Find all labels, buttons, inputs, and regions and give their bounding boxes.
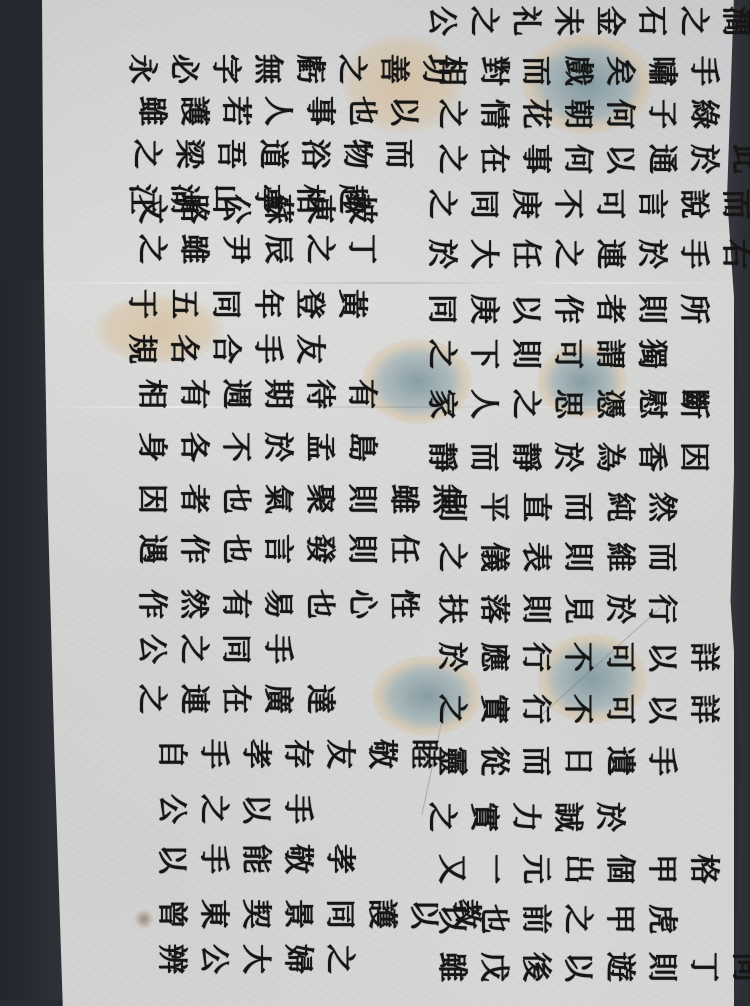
calligraphy-character: 可 [552, 339, 582, 381]
calligraphy-character: 情 [478, 99, 508, 141]
calligraphy-character: 詳 [688, 694, 718, 736]
calligraphy-character: 辨 [156, 944, 186, 986]
calligraphy-character: 事 [304, 96, 334, 138]
calligraphy-row: 之實力誠於 [420, 808, 630, 838]
calligraphy-character: 尹 [220, 234, 250, 276]
calligraphy-character: 手 [198, 844, 228, 886]
calligraphy-character: 個 [604, 854, 634, 896]
calligraphy-glyphs: 公之以手 [150, 800, 318, 830]
calligraphy-character: 若 [220, 96, 250, 138]
calligraphy-character: 之 [324, 944, 354, 986]
calligraphy-row: 以手能敬孝 [150, 850, 360, 880]
calligraphy-character: 大 [468, 239, 498, 281]
calligraphy-character: 規 [126, 334, 156, 376]
calligraphy-character: 發 [304, 534, 334, 576]
calligraphy-character: 香 [636, 442, 666, 484]
calligraphy-character: 雖 [436, 952, 466, 994]
calligraphy-character: 聚 [304, 484, 334, 526]
calligraphy-character: 獨 [636, 339, 666, 381]
calligraphy-character: 之 [562, 904, 592, 946]
calligraphy-glyphs: 又一元出個甲格 [430, 860, 724, 890]
calligraphy-character: 以 [240, 794, 270, 836]
calligraphy-character: 則 [636, 294, 666, 336]
calligraphy-character: 孟 [304, 432, 334, 474]
calligraphy-character: 遺 [604, 746, 634, 788]
calligraphy-row: 扶落則見於行 [430, 600, 682, 630]
calligraphy-character: 而 [468, 442, 498, 484]
calligraphy-row: 之同庚不可言說而 [420, 195, 750, 225]
calligraphy-character: 直 [520, 492, 550, 534]
calligraphy-row: 之下則可謂獨 [420, 345, 672, 375]
calligraphy-character: 能 [240, 844, 270, 886]
calligraphy-glyphs: 相有週期待有 [130, 385, 382, 415]
calligraphy-character: 五 [168, 289, 198, 331]
calligraphy-character: 作 [136, 589, 166, 631]
calligraphy-row: 作然有易也心性 [130, 595, 424, 625]
calligraphy-character: 手 [262, 634, 292, 676]
calligraphy-character: 見 [562, 594, 592, 636]
calligraphy-row: 之在事何以通於此於 [430, 150, 750, 180]
calligraphy-character: 以 [604, 144, 634, 186]
calligraphy-row: 家人之思憑慰斷 [420, 395, 714, 425]
calligraphy-row: 公之礼未金石之澗 [420, 12, 750, 42]
calligraphy-glyphs: 公之礼未金石之澗 [420, 12, 750, 42]
calligraphy-character: 實 [468, 802, 498, 844]
calligraphy-character: 之 [468, 6, 498, 48]
calligraphy-glyphs: 之實力誠於 [420, 808, 630, 838]
calligraphy-character: 有 [220, 589, 250, 631]
calligraphy-character: 連 [178, 684, 208, 726]
calligraphy-character: 東 [198, 899, 228, 941]
calligraphy-character: 戲 [562, 56, 592, 98]
calligraphy-character: 又 [436, 854, 466, 896]
calligraphy-character: 於 [552, 442, 582, 484]
calligraphy-character: 一 [478, 854, 508, 896]
calligraphy-character: 綠 [688, 99, 718, 141]
fold-line [42, 282, 734, 284]
calligraphy-character: 名 [168, 334, 198, 376]
calligraphy-character: 則 [562, 542, 592, 584]
calligraphy-character: 無 [252, 54, 282, 96]
calligraphy-character: 而 [720, 189, 750, 231]
calligraphy-character: 於 [604, 594, 634, 636]
calligraphy-character: 存 [282, 739, 312, 781]
calligraphy-character: 未 [552, 6, 582, 48]
calligraphy-character: 人 [262, 96, 292, 138]
calligraphy-character: 虧 [294, 54, 324, 96]
calligraphy-character: 對 [478, 56, 508, 98]
calligraphy-character: 吾 [215, 139, 245, 181]
calligraphy-character: 人 [468, 389, 498, 431]
calligraphy-character: 字 [210, 54, 240, 96]
calligraphy-character: 不 [562, 642, 592, 684]
calligraphy-row: 於大任之連於手右 [420, 245, 750, 275]
calligraphy-glyphs: 永必字無虧之善功 [120, 60, 456, 90]
calligraphy-glyphs: 之下則可謂獨 [420, 345, 672, 375]
calligraphy-character: 敬 [366, 739, 396, 781]
calligraphy-glyphs: 雖戊後以遊則丁同 [430, 958, 750, 988]
calligraphy-character: 心 [346, 589, 376, 631]
calligraphy-character: 而 [520, 56, 550, 98]
calligraphy-row: 公之同手 [130, 640, 298, 670]
calligraphy-glyphs: 於大任之連於手右 [420, 245, 750, 275]
calligraphy-character: 待 [304, 379, 334, 421]
calligraphy-character: 手 [646, 746, 676, 788]
calligraphy-character: 可 [594, 189, 624, 231]
calligraphy-character: 言 [262, 534, 292, 576]
calligraphy-character: 可 [604, 694, 634, 736]
calligraphy-character: 不 [562, 694, 592, 736]
calligraphy-character: 手 [252, 334, 282, 376]
calligraphy-glyphs: 靜而靜於為香因 [420, 448, 714, 478]
calligraphy-glyphs: 之連在廣達 [130, 690, 340, 720]
calligraphy-glyphs: 因者也氣聚則雖無 [130, 490, 466, 520]
calligraphy-character: 斷 [678, 389, 708, 431]
calligraphy-character: 登 [294, 289, 324, 331]
calligraphy-character: 易 [262, 589, 292, 631]
calligraphy-row: 同庚以作者則所 [420, 300, 714, 330]
calligraphy-row: 之雖尹辰之丁 [130, 240, 382, 270]
calligraphy-character: 同 [220, 634, 250, 676]
calligraphy-character: 于 [126, 289, 156, 331]
calligraphy-character: 事 [520, 144, 550, 186]
calligraphy-character: 之 [136, 684, 166, 726]
calligraphy-character: 不 [220, 432, 250, 474]
calligraphy-row: 靜而靜於為香因 [420, 448, 714, 478]
calligraphy-character: 不 [552, 189, 582, 231]
calligraphy-character: 則 [510, 339, 540, 381]
calligraphy-character: 誠 [552, 802, 582, 844]
calligraphy-row: 身各不於孟島 [130, 438, 382, 468]
calligraphy-row: 則平直而純然 [430, 498, 682, 528]
calligraphy-character: 戊 [478, 952, 508, 994]
calligraphy-character: 詳 [688, 642, 718, 684]
calligraphy-character: 靜 [510, 442, 540, 484]
calligraphy-character: 之 [131, 139, 161, 181]
calligraphy-character: 說 [678, 189, 708, 231]
calligraphy-character: 性 [388, 589, 418, 631]
calligraphy-character: 島 [346, 432, 376, 474]
calligraphy-character: 從 [478, 746, 508, 788]
calligraphy-character: 於 [636, 239, 666, 281]
calligraphy-character: 之 [436, 542, 466, 584]
calligraphy-character: 也 [304, 589, 334, 631]
calligraphy-character: 力 [510, 802, 540, 844]
calligraphy-character: 憑 [594, 389, 624, 431]
calligraphy-character: 敬 [282, 844, 312, 886]
calligraphy-character: 花 [520, 99, 550, 141]
calligraphy-character: 物 [341, 139, 371, 181]
calligraphy-glyphs: 之梁吾道浴物而 [125, 145, 419, 175]
calligraphy-character: 在 [478, 144, 508, 186]
calligraphy-character: 此 [730, 144, 750, 186]
calligraphy-character: 言 [636, 189, 666, 231]
calligraphy-character: 之 [426, 339, 456, 381]
calligraphy-row: 公之以手 [150, 800, 318, 830]
calligraphy-character: 之 [678, 6, 708, 48]
calligraphy-character: 東 [304, 194, 334, 236]
calligraphy-glyphs: 靈從而日遺手 [430, 752, 682, 782]
calligraphy-character: 表 [520, 542, 550, 584]
calligraphy-character: 之 [136, 234, 166, 276]
calligraphy-character: 坡 [346, 194, 376, 236]
calligraphy-character: 各 [178, 432, 208, 474]
calligraphy-character: 道 [257, 139, 287, 181]
calligraphy-character: 之 [178, 634, 208, 676]
calligraphy-character: 之 [198, 794, 228, 836]
calligraphy-character: 慰 [636, 389, 666, 431]
calligraphy-row: 相有週期待有 [130, 385, 382, 415]
calligraphy-character: 公 [198, 944, 228, 986]
calligraphy-character: 矣 [604, 56, 634, 98]
calligraphy-character: 子 [646, 99, 676, 141]
calligraphy-character: 所 [678, 294, 708, 336]
calligraphy-character: 於 [688, 144, 718, 186]
calligraphy-character: 相 [136, 379, 166, 421]
calligraphy-character: 契 [240, 899, 270, 941]
calligraphy-character: 可 [604, 642, 634, 684]
calligraphy-character: 身 [136, 432, 166, 474]
calligraphy-character: 儀 [478, 542, 508, 584]
calligraphy-character: 維 [604, 542, 634, 584]
calligraphy-character: 在 [220, 684, 250, 726]
calligraphy-character: 石 [636, 6, 666, 48]
calligraphy-character: 而 [562, 492, 592, 534]
calligraphy-character: 也 [220, 534, 250, 576]
calligraphy-character: 靜 [426, 442, 456, 484]
calligraphy-character: 之 [552, 239, 582, 281]
calligraphy-character: 梁 [173, 139, 203, 181]
calligraphy-character: 金 [594, 6, 624, 48]
calligraphy-character: 丁 [688, 952, 718, 994]
calligraphy-character: 之 [336, 54, 366, 96]
calligraphy-row: 遇作也言發則任 [130, 540, 424, 570]
calligraphy-character: 公 [156, 794, 186, 836]
calligraphy-character: 必 [168, 54, 198, 96]
calligraphy-character: 有 [178, 379, 208, 421]
calligraphy-character: 雖 [388, 484, 418, 526]
calligraphy-character: 任 [388, 534, 418, 576]
calligraphy-glyphs: 自手孝存友敬睦 [150, 745, 444, 775]
calligraphy-glyphs: 之情花朝何子綠 [430, 105, 724, 135]
calligraphy-row: 之連在廣達 [130, 690, 340, 720]
calligraphy-character: 以 [510, 294, 540, 336]
calligraphy-glyphs: 辨公大婦之 [150, 950, 360, 980]
calligraphy-character: 相 [436, 56, 466, 98]
calligraphy-character: 永 [126, 54, 156, 96]
calligraphy-glyphs: 扶落則見於行 [430, 600, 682, 630]
calligraphy-glyphs: 於應行不可以詳 [430, 648, 724, 678]
calligraphy-character: 而 [520, 746, 550, 788]
calligraphy-character: 手 [282, 794, 312, 836]
calligraphy-character: 家 [426, 389, 456, 431]
calligraphy-row: 文路公蘇東坡 [130, 200, 382, 230]
calligraphy-row: 相對而戲矣嘯手 [430, 62, 724, 92]
calligraphy-character: 同 [426, 294, 456, 336]
calligraphy-character: 靈 [436, 746, 466, 788]
calligraphy-character: 於 [436, 642, 466, 684]
calligraphy-character: 遊 [604, 952, 634, 994]
calligraphy-character: 扶 [436, 594, 466, 636]
calligraphy-character: 公 [220, 194, 250, 236]
calligraphy-glyphs: 以也前之甲虎 [430, 910, 682, 940]
calligraphy-character: 則 [436, 492, 466, 534]
calligraphy-character: 之 [304, 234, 334, 276]
calligraphy-character: 護 [366, 899, 396, 941]
calligraphy-character: 元 [520, 854, 550, 896]
calligraphy-character: 則 [346, 534, 376, 576]
calligraphy-character: 公 [136, 634, 166, 676]
calligraphy-character: 也 [478, 904, 508, 946]
calligraphy-character: 之 [436, 144, 466, 186]
calligraphy-character: 路 [178, 194, 208, 236]
calligraphy-glyphs: 于五同年登黃 [120, 295, 372, 325]
calligraphy-character: 以 [562, 952, 592, 994]
calligraphy-character: 於 [426, 239, 456, 281]
calligraphy-character: 格 [688, 854, 718, 896]
calligraphy-character: 之 [426, 189, 456, 231]
calligraphy-character: 於 [262, 432, 292, 474]
calligraphy-character: 之 [436, 694, 466, 736]
calligraphy-character: 則 [346, 484, 376, 526]
calligraphy-character: 行 [646, 594, 676, 636]
calligraphy-character: 謂 [594, 339, 624, 381]
calligraphy-character: 年 [252, 289, 282, 331]
calligraphy-row: 自手孝存友敬睦 [150, 745, 444, 775]
calligraphy-character: 大 [240, 944, 270, 986]
calligraphy-character: 浴 [299, 139, 329, 181]
calligraphy-character: 也 [220, 484, 250, 526]
calligraphy-row: 于五同年登黃 [120, 295, 372, 325]
calligraphy-character: 也 [346, 96, 376, 138]
calligraphy-character: 而 [646, 542, 676, 584]
calligraphy-character: 黃 [336, 289, 366, 331]
calligraphy-character: 虎 [646, 904, 676, 946]
calligraphy-row: 於應行不可以詳 [430, 648, 724, 678]
calligraphy-glyphs: 相對而戲矣嘯手 [430, 62, 724, 92]
calligraphy-row: 因者也氣聚則雖無 [130, 490, 466, 520]
calligraphy-character: 作 [552, 294, 582, 336]
calligraphy-character: 澗 [720, 6, 750, 48]
calligraphy-character: 任 [510, 239, 540, 281]
calligraphy-character: 為 [594, 442, 624, 484]
calligraphy-character: 應 [478, 642, 508, 684]
calligraphy-row: 之情花朝何子綠 [430, 105, 724, 135]
calligraphy-character: 則 [646, 952, 676, 994]
calligraphy-character: 庚 [510, 189, 540, 231]
calligraphy-glyphs: 之儀表則維而 [430, 548, 682, 578]
calligraphy-glyphs: 家人之思憑慰斷 [420, 395, 714, 425]
calligraphy-glyphs: 則平直而純然 [430, 498, 682, 528]
calligraphy-character: 同 [324, 899, 354, 941]
calligraphy-character: 落 [478, 594, 508, 636]
calligraphy-character: 雖 [178, 234, 208, 276]
calligraphy-character: 者 [594, 294, 624, 336]
calligraphy-character: 景 [282, 899, 312, 941]
calligraphy-character: 礼 [510, 6, 540, 48]
calligraphy-glyphs: 之雖尹辰之丁 [130, 240, 382, 270]
calligraphy-row: 之梁吾道浴物而 [125, 145, 419, 175]
calligraphy-character: 有 [346, 379, 376, 421]
calligraphy-character: 廣 [262, 684, 292, 726]
calligraphy-glyphs: 之同庚不可言說而 [420, 195, 750, 225]
calligraphy-character: 以 [388, 96, 418, 138]
calligraphy-character: 合 [210, 334, 240, 376]
calligraphy-character: 婦 [282, 944, 312, 986]
calligraphy-glyphs: 規名合手友 [120, 340, 330, 370]
calligraphy-character: 曾 [156, 899, 186, 941]
calligraphy-character: 出 [562, 854, 592, 896]
calligraphy-character: 護 [178, 96, 208, 138]
calligraphy-character: 嘯 [646, 56, 676, 98]
calligraphy-character: 右 [720, 239, 750, 281]
calligraphy-character: 思 [552, 389, 582, 431]
calligraphy-character: 以 [436, 904, 466, 946]
calligraphy-character: 者 [178, 484, 208, 526]
calligraphy-character: 則 [520, 594, 550, 636]
calligraphy-character: 實 [478, 694, 508, 736]
calligraphy-character: 朝 [562, 99, 592, 141]
calligraphy-glyphs: 之在事何以通於此於 [430, 150, 750, 180]
calligraphy-row: 又一元出個甲格 [430, 860, 724, 890]
calligraphy-character: 之 [510, 389, 540, 431]
calligraphy-glyphs: 之實行不可以詳 [430, 700, 724, 730]
calligraphy-character: 甲 [646, 854, 676, 896]
calligraphy-glyphs: 以手能敬孝 [150, 850, 360, 880]
calligraphy-character: 同 [210, 289, 240, 331]
calligraphy-character: 以 [156, 844, 186, 886]
calligraphy-row: 以也前之甲虎 [430, 910, 682, 940]
calligraphy-character: 蘇 [262, 194, 292, 236]
calligraphy-character: 然 [646, 492, 676, 534]
calligraphy-character: 同 [468, 189, 498, 231]
calligraphy-glyphs: 遇作也言發則任 [130, 540, 424, 570]
calligraphy-character: 因 [678, 442, 708, 484]
calligraphy-character: 通 [646, 144, 676, 186]
calligraphy-character: 孝 [240, 739, 270, 781]
calligraphy-character: 以 [646, 642, 676, 684]
calligraphy-glyphs: 公之同手 [130, 640, 298, 670]
calligraphy-glyphs: 文路公蘇東坡 [130, 200, 382, 230]
calligraphy-character: 手 [198, 739, 228, 781]
calligraphy-character: 下 [468, 339, 498, 381]
calligraphy-character: 友 [294, 334, 324, 376]
calligraphy-character: 於 [594, 802, 624, 844]
calligraphy-row: 永必字無虧之善功 [120, 60, 456, 90]
calligraphy-row: 雖戊後以遊則丁同 [430, 958, 750, 988]
calligraphy-character: 後 [520, 952, 550, 994]
calligraphy-character: 日 [562, 746, 592, 788]
calligraphy-row: 雖護若人事也以 [130, 102, 424, 132]
calligraphy-character: 何 [604, 99, 634, 141]
calligraphy-character: 前 [520, 904, 550, 946]
calligraphy-character: 期 [262, 379, 292, 421]
calligraphy-character: 甲 [604, 904, 634, 946]
calligraphy-glyphs: 同庚以作者則所 [420, 300, 714, 330]
calligraphy-character: 遇 [136, 534, 166, 576]
calligraphy-row: 辨公大婦之 [150, 950, 360, 980]
calligraphy-character: 達 [304, 684, 334, 726]
calligraphy-glyphs: 雖護若人事也以 [130, 102, 424, 132]
calligraphy-character: 辰 [262, 234, 292, 276]
calligraphy-row: 規名合手友 [120, 340, 330, 370]
calligraphy-character: 純 [604, 492, 634, 534]
calligraphy-character: 文 [136, 194, 166, 236]
calligraphy-character: 善 [378, 54, 408, 96]
calligraphy-character: 自 [156, 739, 186, 781]
calligraphy-character: 連 [594, 239, 624, 281]
calligraphy-character: 因 [136, 484, 166, 526]
